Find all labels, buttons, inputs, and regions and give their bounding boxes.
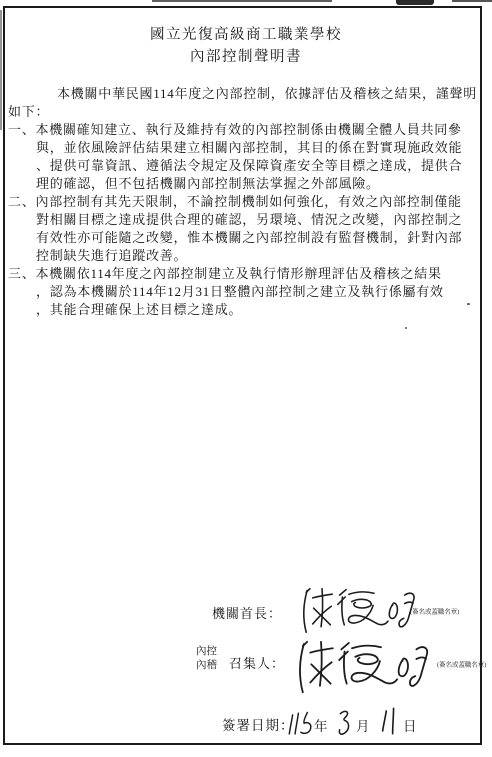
convener-role-bottom: 內稽 <box>196 659 217 673</box>
item2-line: 控制缺失進行追蹤改善。 <box>8 247 480 265</box>
day-unit: 日 <box>403 715 417 735</box>
convener-role-top: 內控 <box>196 645 217 659</box>
year-unit: 年 <box>314 715 328 735</box>
item2-line: 對相關目標之達成提供合理的確認，另環境、情況之改變，內部控制之 <box>8 211 480 229</box>
scan-speck <box>405 327 407 329</box>
scan-artifact <box>152 0 332 2</box>
signature-note: (簽名或蓋職名章) <box>410 607 459 616</box>
item2-line: 有效性亦可能隨之改變，惟本機關之內部控制設有監督機制，針對內部 <box>8 229 480 247</box>
school-name-title: 國立光復高級商工職業學校 <box>0 23 492 44</box>
item2-line: 二、內部控制有其先天限制，不論控制機制如何強化，有效之內部控制僅能 <box>8 193 480 211</box>
chief-signature-label: 機關首長： <box>212 603 282 622</box>
item3-line: 三、本機關依114年度之內部控制建立及執行情形辦理評估及稽核之結果 <box>8 265 480 283</box>
item1-line: 與，並依風險評估結果建立相關內部控制，其目的係在對實現施政效能 <box>8 139 480 157</box>
item1-line: 一、本機關確知建立、執行及維持有效的內部控制係由機關全體人員共同參 <box>8 121 480 139</box>
chief-handwritten-signature <box>296 582 426 638</box>
item3-line: ，其能合理確保上述目標之達成。 <box>8 301 480 319</box>
handwritten-year <box>286 708 314 740</box>
convener-handwritten-signature <box>291 635 441 698</box>
convener-role-stack: 內控 內稽 <box>196 645 217 672</box>
document-title: 內部控制聲明書 <box>0 45 492 66</box>
month-unit: 月 <box>356 715 370 735</box>
item3-line: ，認為本機關於114年12月31日整體內部控制之建立及執行係屬有效 <box>8 283 480 301</box>
sign-date-label: 簽署日期： <box>222 714 295 734</box>
convener-signature-label: 召集人： <box>229 653 285 672</box>
scanned-document-page: 國立光復高級商工職業學校 內部控制聲明書 本機關中華民國114年度之內部控制，依… <box>0 0 492 757</box>
intro-line: 本機關中華民國114年度之內部控制，依據評估及稽核之結果，謹聲明 <box>8 85 480 103</box>
statement-body: 本機關中華民國114年度之內部控制，依據評估及稽核之結果，謹聲明 如下： 一、本… <box>8 85 480 319</box>
item1-line: 、提供可靠資訊、遵循法令規定及保障資產安全等目標之達成，提供合 <box>8 157 480 175</box>
handwritten-day <box>379 705 399 737</box>
handwritten-month <box>337 706 354 740</box>
scan-artifact <box>396 0 434 5</box>
scan-artifact <box>452 0 492 2</box>
item1-line: 理的確認，但不包括機關內部控制無法掌握之外部風險。 <box>8 175 480 193</box>
intro-line: 如下： <box>8 103 480 121</box>
signature-note: (簽名或蓋職名章) <box>437 660 486 669</box>
